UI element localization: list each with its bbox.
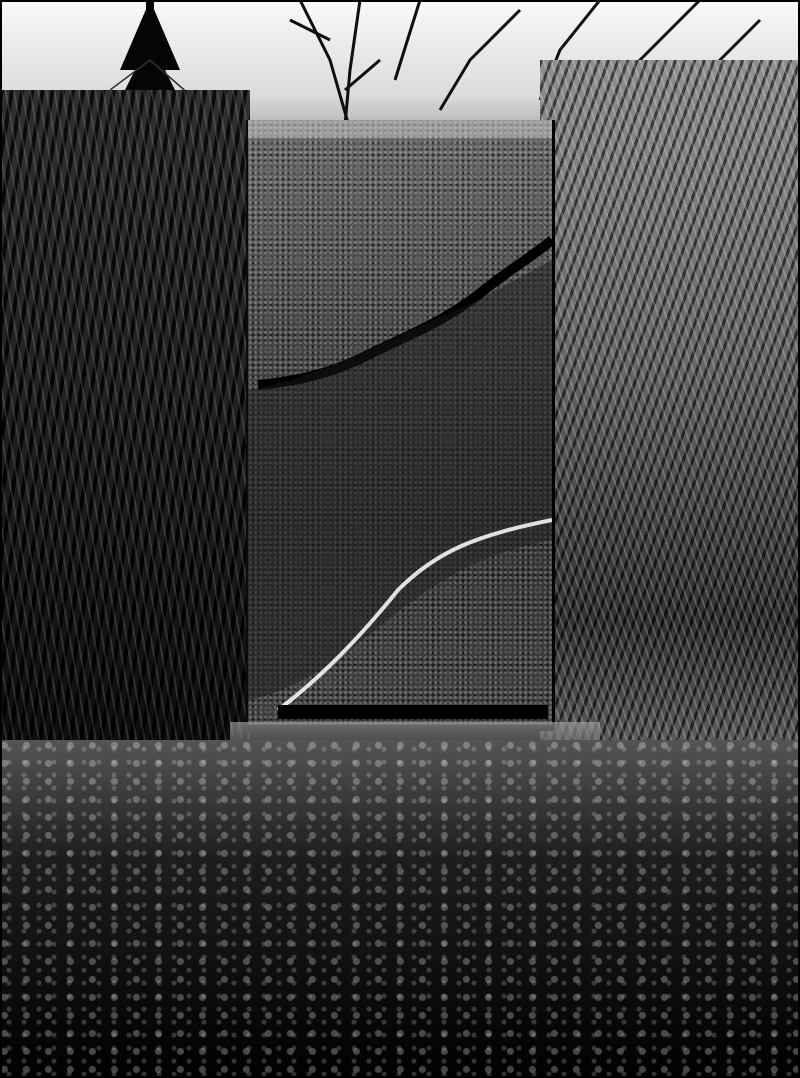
- stone-surface: [248, 120, 552, 725]
- photograph: [0, 0, 800, 1078]
- foreground-vegetation: [0, 740, 800, 1078]
- memorial-stone: [246, 120, 555, 725]
